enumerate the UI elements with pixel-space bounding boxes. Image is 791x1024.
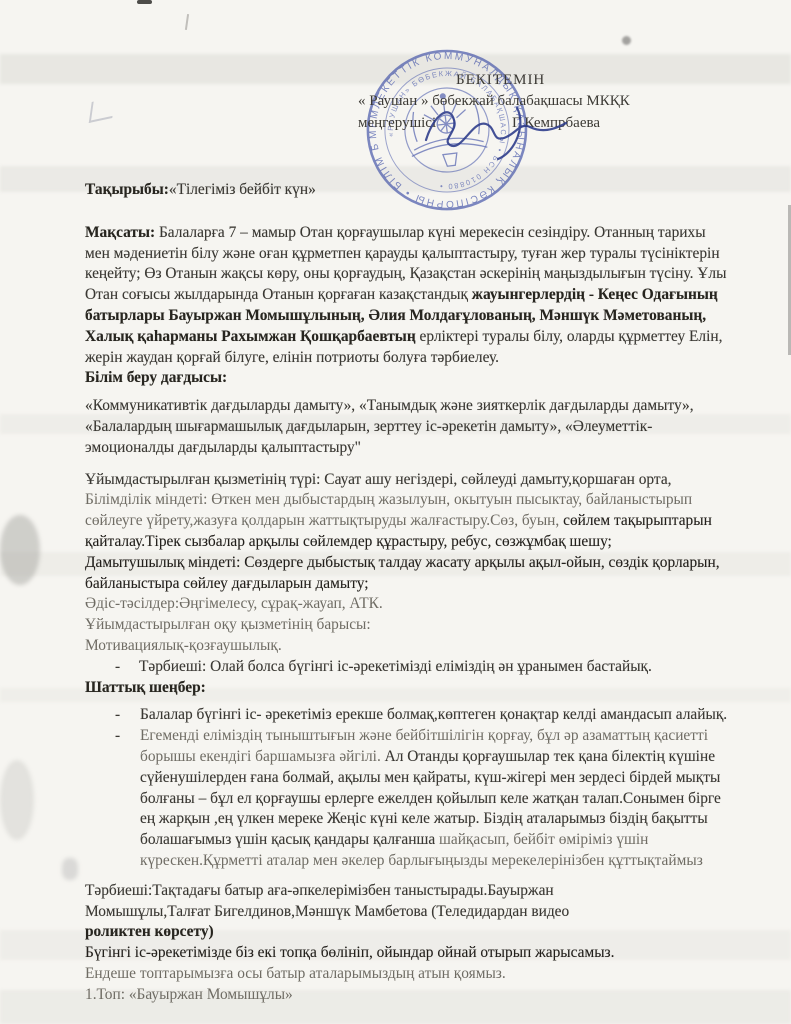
intro-bold-text: роликтен көрсету) xyxy=(85,923,214,940)
teacher-opening-line: -Тәрбиеші: Олай болса бүгінгі іс-әрекеті… xyxy=(85,657,733,678)
topic-label: Тақырыбы: xyxy=(85,181,169,198)
list-item: -Егеменді еліміздің тыныштығын және бейб… xyxy=(115,726,733,872)
signature-icon xyxy=(420,96,590,166)
intro-text: Тәрбиеші:Тақтадағы батыр аға-әпкелеріміз… xyxy=(85,882,569,920)
group1-line: 1.Топ: «Бауыржан Момышұлы» xyxy=(85,985,733,1006)
dev-task-paragraph: Дамытушылық міндеті: Сөздерге дыбыстық т… xyxy=(85,553,733,595)
motivation-line: Мотивациялық-қозғаушылық. xyxy=(85,636,733,657)
approval-label: БЕКІТЕМІН xyxy=(456,72,545,89)
topic-line: Тақырыбы:«Тілегіміз бейбіт күн» xyxy=(85,180,733,201)
topic-value: «Тілегіміз бейбіт күн» xyxy=(169,181,316,198)
scan-artifact xyxy=(622,36,631,45)
scan-artifact xyxy=(185,14,189,30)
scan-artifact xyxy=(0,760,34,840)
course-heading: Ұйымдастырылған оқу қызметінің барысы: xyxy=(85,615,733,636)
goal-label: Мақсаты: xyxy=(85,224,155,241)
bullet-list: -Балалар бүгінгі іс- әрекетіміз ерекше б… xyxy=(85,705,733,871)
activity-type-line: Ұйымдастырылған қызметінің түрі: Сауат а… xyxy=(85,470,733,491)
skills-paragraph: «Коммуникативтік дағдыларды дамыту», «Та… xyxy=(85,396,733,458)
dash-marker: - xyxy=(115,657,120,678)
list-item: -Балалар бүгінгі іс- әрекетіміз ерекше б… xyxy=(115,705,733,726)
intro-heroes-paragraph: Тәрбиеші:Тақтадағы батыр аға-әпкелеріміз… xyxy=(85,881,585,943)
dash-marker: - xyxy=(115,705,120,726)
edu-task-paragraph: Білімділік міндеті: Өткен мен дыбыстарды… xyxy=(85,490,733,552)
scan-artifact xyxy=(89,97,115,123)
skills-heading: Білім беру дағдысы: xyxy=(85,368,733,389)
bullet1-text: Балалар бүгінгі іс- әрекетіміз ерекше бо… xyxy=(140,706,727,723)
scan-artifact xyxy=(0,515,40,585)
competition-line: Бүгінгі іс-әрекетімізде біз екі топқа бө… xyxy=(85,943,670,964)
dash-marker: - xyxy=(115,726,120,747)
document-body: Тақырыбы:«Тілегіміз бейбіт күн» Мақсаты:… xyxy=(85,180,733,1005)
goal-paragraph: Мақсаты: Балаларға 7 – мамыр Отан қорғау… xyxy=(85,223,733,369)
teacher-opening-text: Тәрбиеші: Олай болса бүгінгі іс-әрекетім… xyxy=(139,658,652,675)
methods-line: Әдіс-тәсілдер:Әңгімелесу, сұрақ-жауап, А… xyxy=(85,594,733,615)
circle-heading: Шаттық шеңбер: xyxy=(85,678,733,699)
naming-line: Ендеше топтарымызға осы батыр аталарымыз… xyxy=(85,964,670,985)
scan-artifact xyxy=(62,858,78,880)
scan-artifact xyxy=(137,0,152,4)
scanned-document-page: МЕМЛЕКЕТТІК КОММУНАЛДЫҚ ҚАЗЫНАЛЫҚ КӘСІПО… xyxy=(0,0,791,1024)
